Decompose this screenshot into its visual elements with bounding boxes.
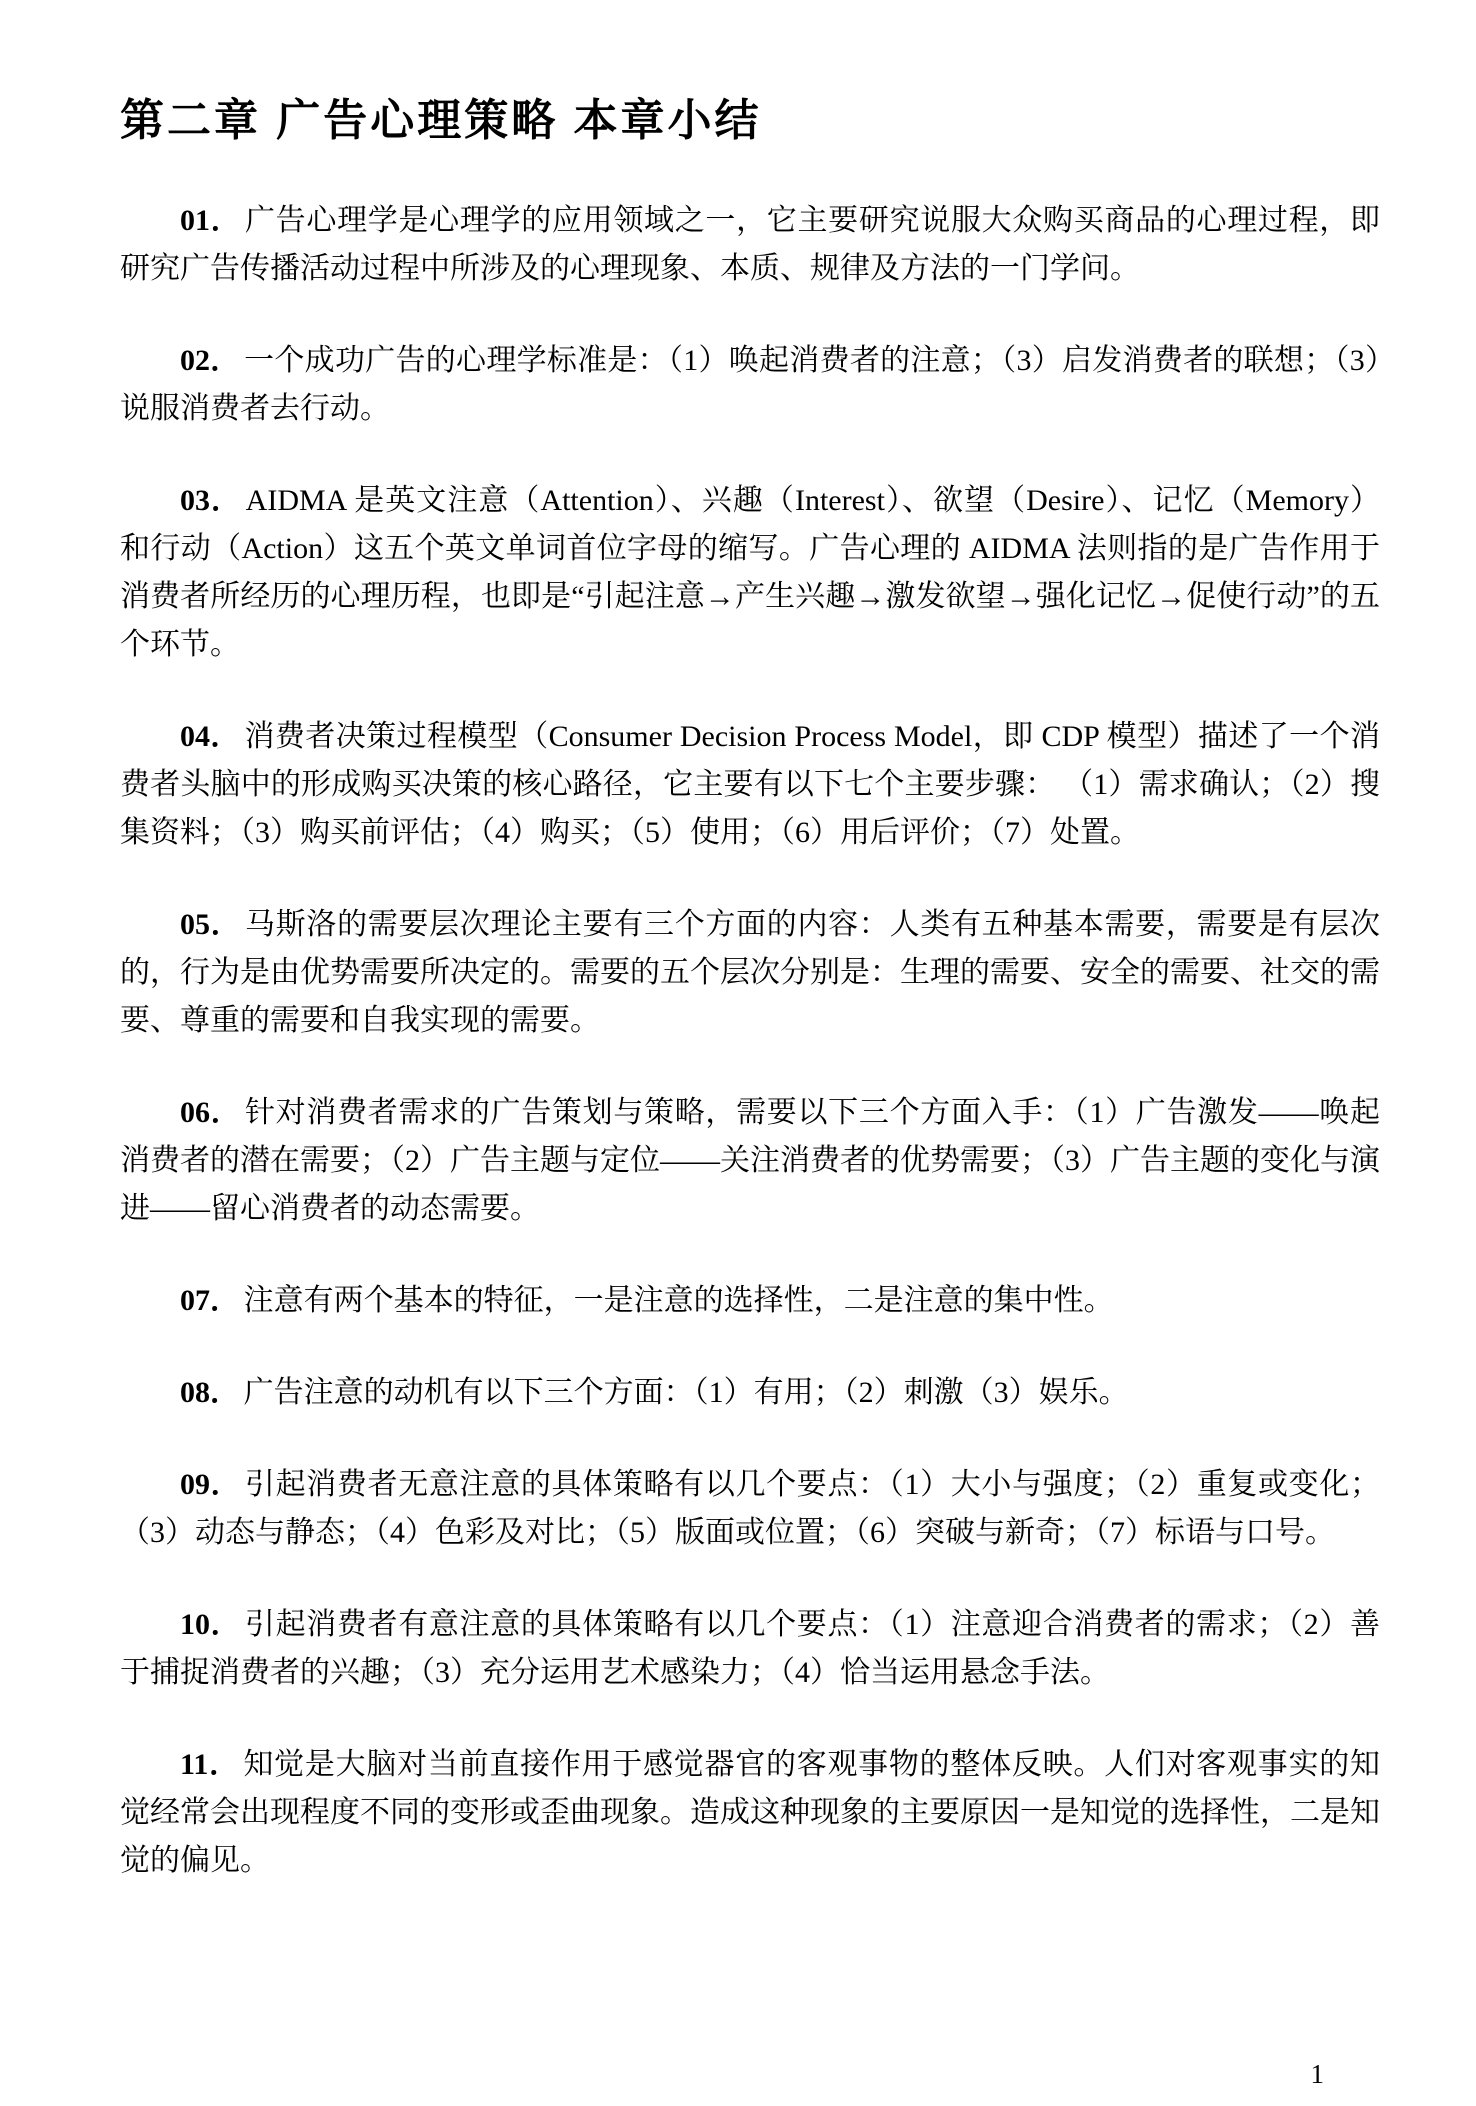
paragraph-text: 针对消费者需求的广告策划与策略，需要以下三个方面入手：（1）广告激发——唤起消费… bbox=[120, 1096, 1380, 1225]
paragraph-02: 02．一个成功广告的心理学标准是：（1）唤起消费者的注意；（3）启发消费者的联想… bbox=[120, 337, 1380, 433]
paragraph-text: 广告注意的动机有以下三个方面：（1）有用；（2）刺激（3）娱乐。 bbox=[244, 1376, 1129, 1409]
paragraph-number: 05． bbox=[180, 908, 245, 941]
paragraph-number: 03． bbox=[180, 484, 246, 517]
document-page: 第二章 广告心理策略 本章小结 01．广告心理学是心理学的应用领域之一，它主要研… bbox=[0, 0, 1476, 2106]
paragraph-number: 08． bbox=[180, 1376, 244, 1409]
page-number: 1 bbox=[1311, 2061, 1325, 2088]
paragraph-text: 引起消费者有意注意的具体策略有以几个要点：（1）注意迎合消费者的需求；（2）善于… bbox=[120, 1608, 1380, 1689]
paragraph-09: 09．引起消费者无意注意的具体策略有以几个要点：（1）大小与强度；（2）重复或变… bbox=[120, 1461, 1380, 1557]
paragraph-01: 01．广告心理学是心理学的应用领域之一，它主要研究说服大众购买商品的心理过程，即… bbox=[120, 197, 1380, 293]
paragraph-text: 知觉是大脑对当前直接作用于感觉器官的客观事物的整体反映。人们对客观事实的知觉经常… bbox=[120, 1748, 1380, 1877]
paragraph-number: 11． bbox=[180, 1748, 243, 1781]
paragraph-06: 06．针对消费者需求的广告策划与策略，需要以下三个方面入手：（1）广告激发——唤… bbox=[120, 1089, 1380, 1233]
paragraph-number: 04． bbox=[180, 720, 244, 753]
paragraph-text: 引起消费者无意注意的具体策略有以几个要点：（1）大小与强度；（2）重复或变化；（… bbox=[120, 1468, 1380, 1549]
paragraph-04: 04．消费者决策过程模型（Consumer Decision Process M… bbox=[120, 713, 1380, 857]
paragraph-text: 广告心理学是心理学的应用领域之一，它主要研究说服大众购买商品的心理过程，即研究广… bbox=[120, 204, 1380, 285]
paragraph-number: 06． bbox=[180, 1096, 245, 1129]
paragraph-03: 03．AIDMA 是英文注意（Attention）、兴趣（Interest）、欲… bbox=[120, 477, 1380, 669]
paragraph-number: 02． bbox=[180, 344, 244, 377]
paragraph-text: 消费者决策过程模型（Consumer Decision Process Mode… bbox=[120, 720, 1380, 849]
paragraph-number: 01． bbox=[180, 204, 245, 237]
paragraph-10: 10．引起消费者有意注意的具体策略有以几个要点：（1）注意迎合消费者的需求；（2… bbox=[120, 1601, 1380, 1697]
page-title: 第二章 广告心理策略 本章小结 bbox=[120, 96, 1380, 147]
paragraph-07: 07．注意有两个基本的特征，一是注意的选择性，二是注意的集中性。 bbox=[120, 1277, 1380, 1325]
paragraph-number: 07． bbox=[180, 1284, 244, 1317]
paragraph-text: 注意有两个基本的特征，一是注意的选择性，二是注意的集中性。 bbox=[244, 1284, 1114, 1317]
paragraph-number: 09． bbox=[180, 1468, 245, 1501]
paragraph-05: 05．马斯洛的需要层次理论主要有三个方面的内容：人类有五种基本需要，需要是有层次… bbox=[120, 901, 1380, 1045]
paragraph-text: 一个成功广告的心理学标准是：（1）唤起消费者的注意；（3）启发消费者的联想；（3… bbox=[120, 344, 1380, 425]
paragraph-text: 马斯洛的需要层次理论主要有三个方面的内容：人类有五种基本需要，需要是有层次的，行… bbox=[120, 908, 1380, 1037]
paragraph-text: AIDMA 是英文注意（Attention）、兴趣（Interest）、欲望（D… bbox=[120, 484, 1380, 661]
paragraph-11: 11．知觉是大脑对当前直接作用于感觉器官的客观事物的整体反映。人们对客观事实的知… bbox=[120, 1741, 1380, 1885]
paragraph-number: 10． bbox=[180, 1608, 245, 1641]
paragraph-08: 08．广告注意的动机有以下三个方面：（1）有用；（2）刺激（3）娱乐。 bbox=[120, 1369, 1380, 1417]
